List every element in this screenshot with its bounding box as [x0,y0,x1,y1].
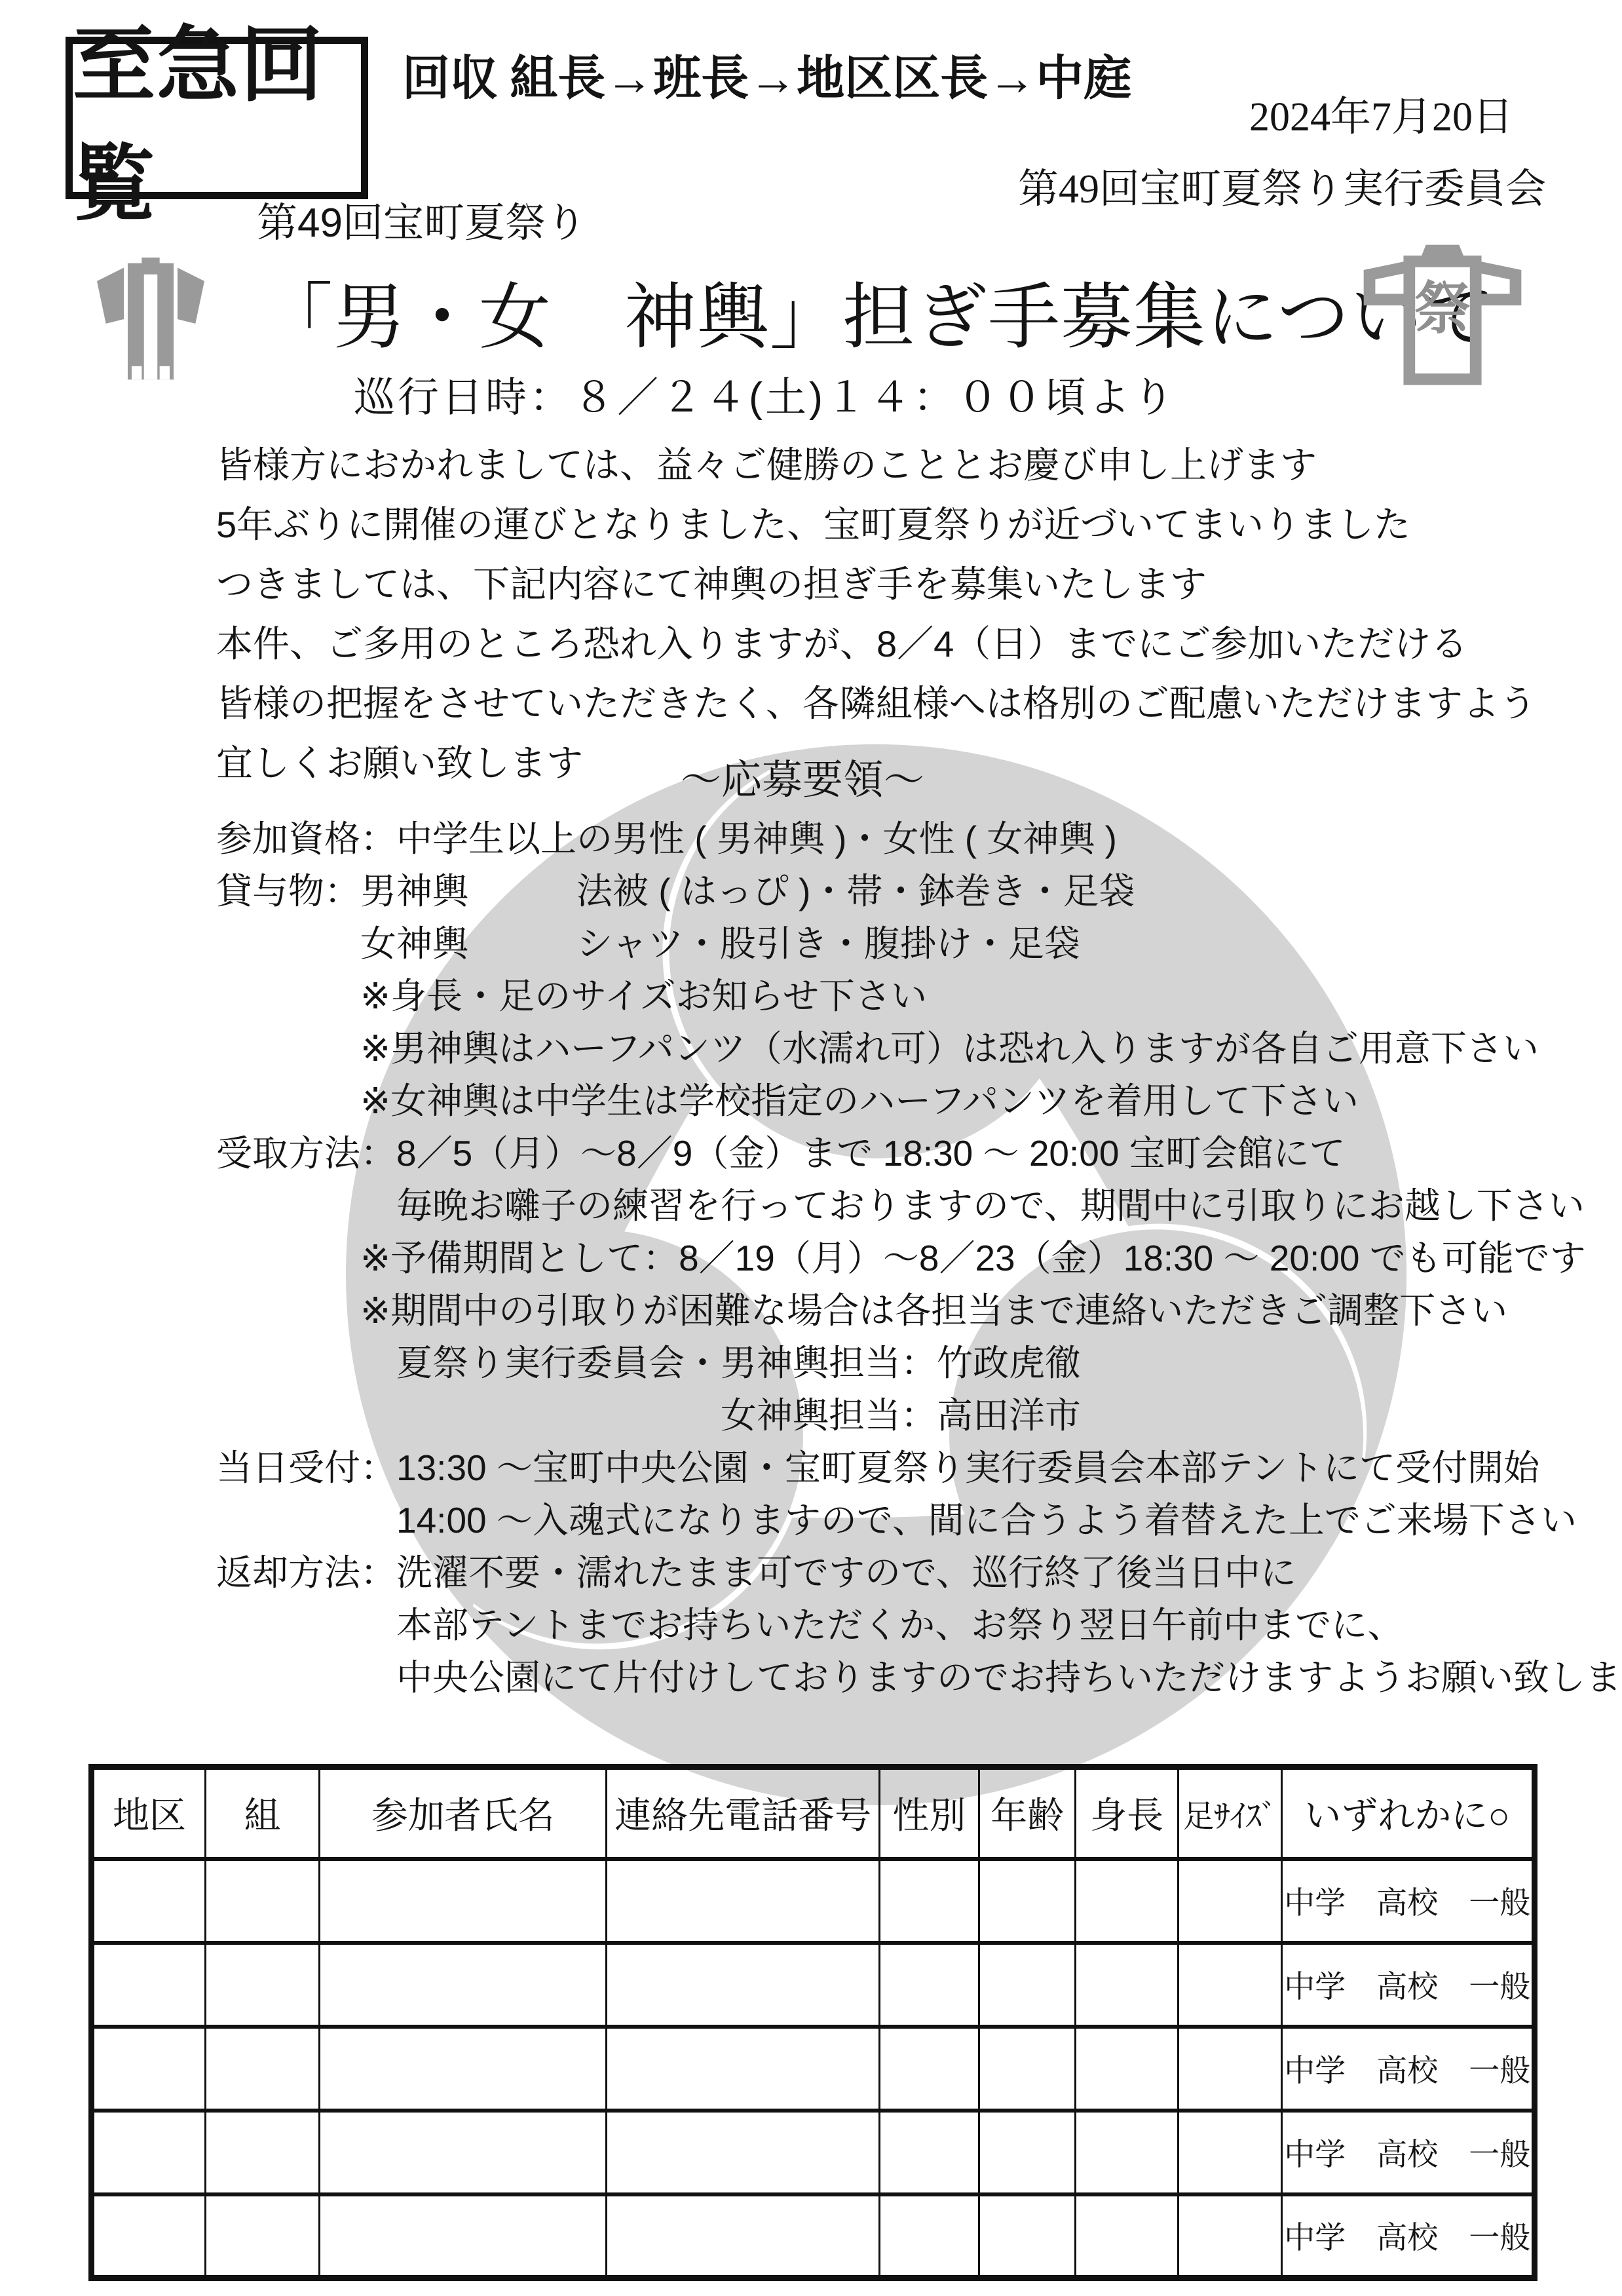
header-circle-one: いずれかに○ [1282,1767,1535,1859]
choice-cell: 中学 高校 一般 [1282,1859,1535,1943]
guideline-line: ※予備期間として：8／19（月）～8／23（金）18:30 ～ 20:00 でも… [216,1232,1622,1284]
choice-cell: 中学 高校 一般 [1282,2194,1535,2278]
empty-cell [206,1859,320,1943]
guideline-line: 夏祭り実行委員会・男神輿担当：竹政虎徹 [216,1337,1622,1389]
table-row: 中学 高校 一般 [92,2111,1535,2194]
guideline-line: 当日受付：13:30 ～宝町中央公園・宝町夏祭り実行委員会本部テントにて受付開始 [216,1442,1622,1494]
table-row: 中学 高校 一般 [92,2194,1535,2278]
empty-cell [206,2111,320,2194]
guideline-line: 貸与物：男神輿 法被 ( はっぴ )・帯・鉢巻き・足袋 [216,865,1622,917]
empty-cell [607,1859,879,1943]
empty-cell [320,2111,607,2194]
empty-cell [979,2027,1076,2111]
empty-cell [979,1859,1076,1943]
empty-cell [320,1943,607,2027]
empty-cell [879,2027,979,2111]
header-age: 年齢 [979,1767,1076,1859]
issue-date: 2024年7月20日 [1249,84,1513,142]
happi-coat-festival-icon: 祭 [1355,240,1530,389]
guideline-line: 14:00 ～入魂式になりますので、間に合うよう着替えた上でご来場下さい [216,1494,1622,1546]
guideline-line: 返却方法：洗濯不要・濡れたまま可ですので、巡行終了後当日中に [216,1546,1622,1599]
guideline-line: 本部テントまでお持ちいただくか、お祭り翌日午前中までに、 [216,1599,1622,1651]
empty-cell [92,2111,206,2194]
guideline-line: ※男神輿はハーフパンツ（水濡れ可）は恐れ入りますが各自ご用意下さい [216,1022,1622,1075]
guideline-line: 中央公園にて片付けしておりますのでお持ちいただけますようお願い致します [216,1651,1622,1704]
header-district: 地区 [92,1767,206,1859]
table-row: 中学 高校 一般 [92,2027,1535,2111]
routing-order: 回収 組長→班長→地区区長→中庭 [402,39,1131,108]
empty-cell [320,1859,607,1943]
empty-cell [979,2111,1076,2194]
intro-line: 5年ぶりに開催の運びとなりました、宝町夏祭りが近づいてまいりました [216,495,1536,554]
page-title: 「男・女 神輿」担ぎ手募集について [261,259,1496,363]
happi-neck [141,258,159,275]
table-row: 中学 高校 一般 [92,1943,1535,2027]
empty-cell [1076,2194,1178,2278]
empty-cell [607,2111,879,2194]
section-heading: ～応募要領～ [216,747,1389,805]
empty-cell [1178,2194,1282,2278]
empty-cell [92,1859,206,1943]
guideline-line: 女神輿 シャツ・股引き・腹掛け・足袋 [216,917,1622,970]
urgent-circulation-stamp: 至急回覧 [66,37,368,199]
empty-cell [206,1943,320,2027]
empty-cell [607,1943,879,2027]
empty-cell [607,2194,879,2278]
empty-cell [1076,1943,1178,2027]
guideline-line: ※女神輿は中学生は学校指定のハーフパンツを着用して下さい [216,1075,1622,1127]
guideline-line: ※期間中の引取りが困難な場合は各担当まで連絡いただきご調整下さい [216,1284,1622,1337]
empty-cell [1178,2027,1282,2111]
empty-cell [320,2194,607,2278]
table-header-row: 地区 組 参加者氏名 連絡先電話番号 性別 年齢 身長 足ｻｲｽﾞ いずれかに○ [92,1767,1535,1859]
choice-cell: 中学 高校 一般 [1282,2027,1535,2111]
intro-line: 本件、ご多用のところ恐れ入りますが、8／4（日）までにご参加いただける [216,614,1536,674]
empty-cell [1076,2027,1178,2111]
empty-cell [1178,1943,1282,2027]
intro-line: つきましては、下記内容にて神輿の担ぎ手を募集いたします [216,554,1536,614]
empty-cell [879,1943,979,2027]
empty-cell [607,2027,879,2111]
choice-cell: 中学 高校 一般 [1282,1943,1535,2027]
guideline-line: 受取方法：8／5（月）～8／9（金）まで 18:30 ～ 20:00 宝町会館に… [216,1127,1622,1179]
festival-name: 第49回宝町夏祭り [257,190,586,248]
empty-cell [206,2027,320,2111]
empty-cell [879,2111,979,2194]
parade-datetime: 巡行日時：８／２４(土)１４：００頃より [354,364,1177,424]
header-shoe-size: 足ｻｲｽﾞ [1178,1767,1282,1859]
header-sex: 性別 [879,1767,979,1859]
guideline-line: 女神輿担当：高田洋市 [216,1389,1622,1442]
empty-cell [320,2027,607,2111]
empty-cell [879,1859,979,1943]
empty-cell [92,2027,206,2111]
happi-collar-stripe [144,263,158,380]
empty-cell [92,1943,206,2027]
intro-line: 皆様方におかれましては、益々ご健勝のこととお慶び申し上げます [216,435,1536,495]
application-form-table: 地区 組 参加者氏名 連絡先電話番号 性別 年齢 身長 足ｻｲｽﾞ いずれかに○… [88,1764,1537,2281]
flyer-page: 至急回覧 回収 組長→班長→地区区長→中庭 2024年7月20日 第49回宝町夏… [0,0,1622,2296]
empty-cell [979,1943,1076,2027]
empty-cell [1178,1859,1282,1943]
header-group: 組 [206,1767,320,1859]
empty-cell [1076,1859,1178,1943]
guideline-line: ※身長・足のサイズお知らせ下さい [216,970,1622,1022]
intro-line: 皆様の把握をさせていただきたく、各隣組様へは格別のご配慮いただけますよう [216,674,1536,733]
committee-name: 第49回宝町夏祭り実行委員会 [1018,156,1546,214]
greeting-paragraph: 皆様方におかれましては、益々ご健勝のこととお慶び申し上げます 5年ぶりに開催の運… [216,435,1536,793]
header-phone: 連絡先電話番号 [607,1767,879,1859]
empty-cell [206,2194,320,2278]
festival-kanji: 祭 [1414,277,1471,340]
empty-cell [979,2194,1076,2278]
choice-cell: 中学 高校 一般 [1282,2111,1535,2194]
empty-cell [1076,2111,1178,2194]
empty-cell [92,2194,206,2278]
header-participant-name: 参加者氏名 [320,1767,607,1859]
happi-coat-back-icon [62,254,239,389]
empty-cell [879,2194,979,2278]
header-height: 身長 [1076,1767,1178,1859]
guideline-line: 参加資格：中学生以上の男性 ( 男神輿 )・女性 ( 女神輿 ) [216,813,1622,865]
empty-cell [1178,2111,1282,2194]
table-row: 中学 高校 一般 [92,1859,1535,1943]
application-guidelines: 参加資格：中学生以上の男性 ( 男神輿 )・女性 ( 女神輿 ) 貸与物：男神輿… [216,813,1622,1704]
guideline-line: 毎晩お囃子の練習を行っておりますので、期間中に引取りにお越し下さい [216,1179,1622,1232]
happi-collar [1420,245,1466,261]
